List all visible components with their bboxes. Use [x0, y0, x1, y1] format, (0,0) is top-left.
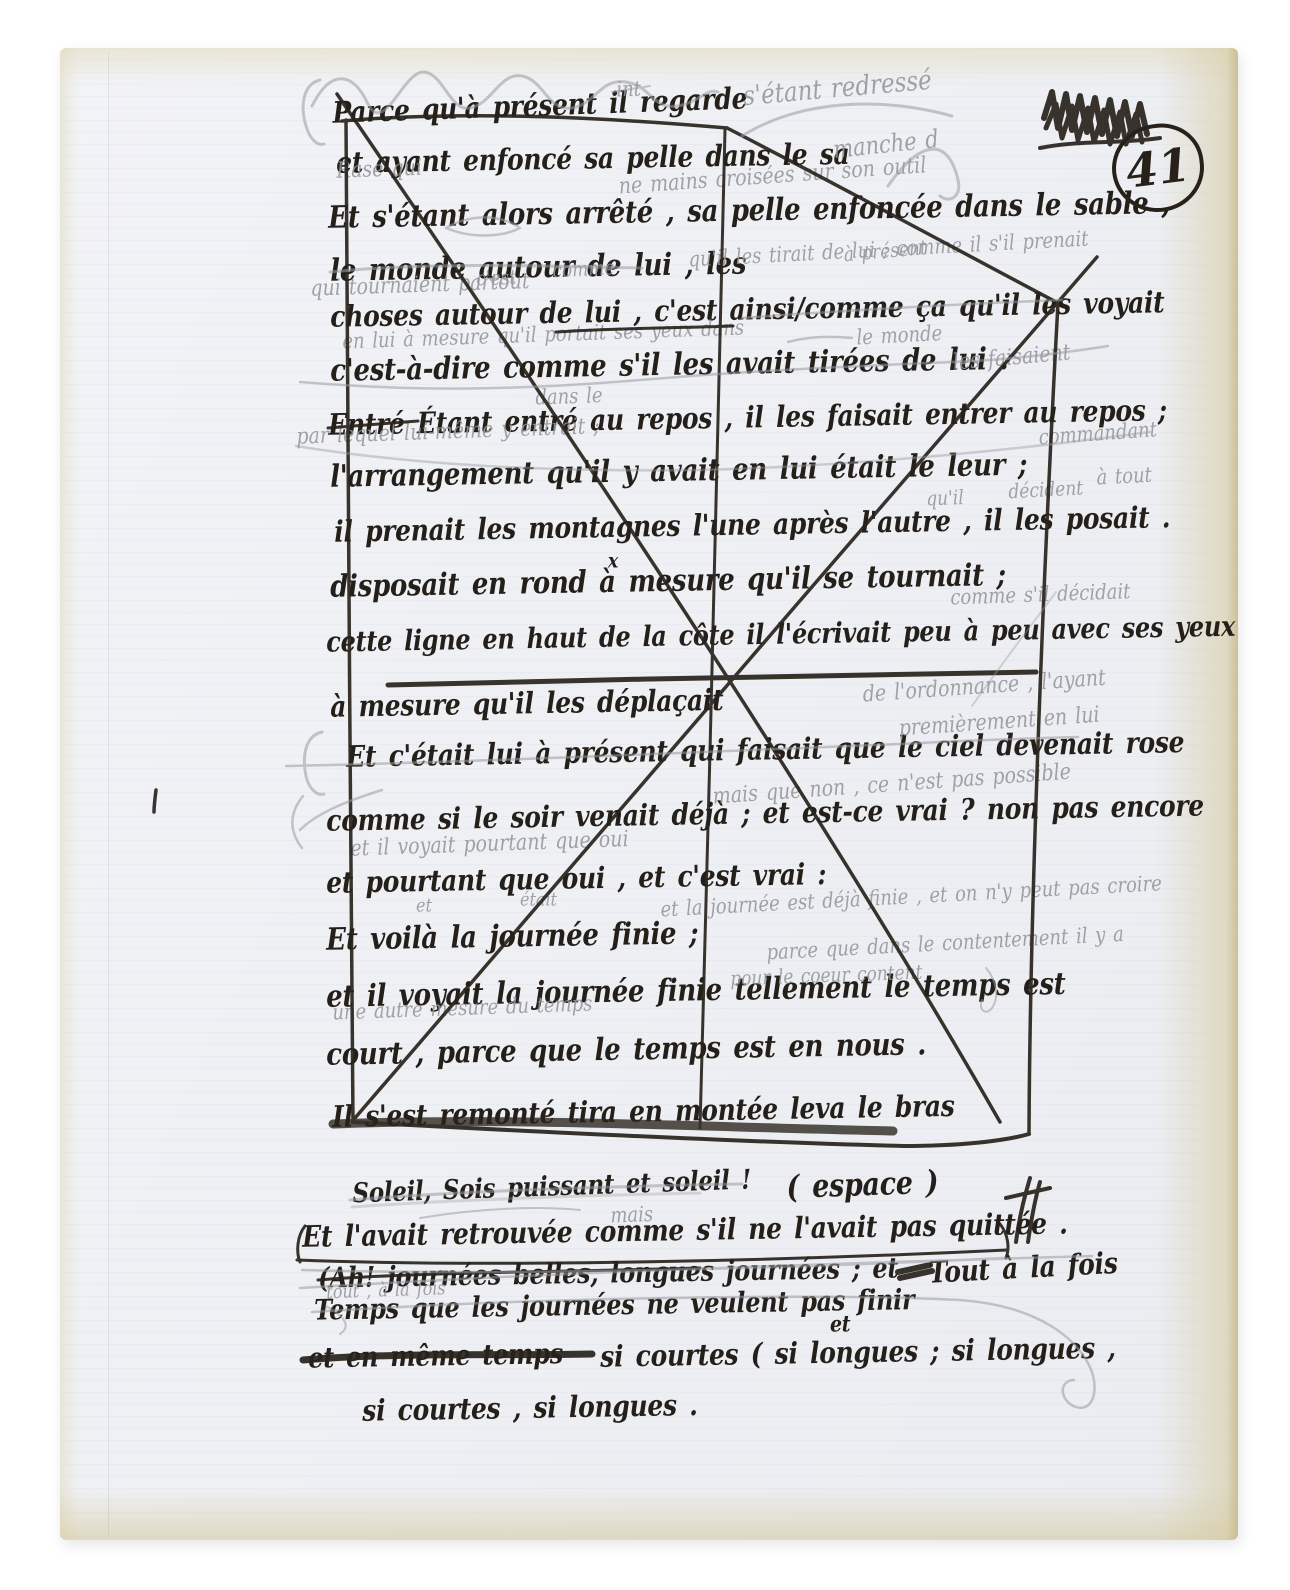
ink-line: ( espace ) — [786, 1167, 939, 1204]
pencil-note: int — [616, 79, 641, 101]
ink-line: si courtes ( si longues ; si longues , — [600, 1333, 1116, 1371]
pencil-note: Rase qui — [336, 157, 422, 182]
pencil-note: était — [520, 890, 557, 909]
ink-line: et pourtant que oui , et c'est vrai : — [326, 859, 827, 897]
pencil-note: mais — [610, 1205, 654, 1228]
pencil-note: décident — [1008, 479, 1084, 503]
manuscript-scan: Parce qu'à présent il regardeet ayant en… — [0, 0, 1290, 1590]
ink-line: et — [830, 1314, 850, 1336]
pencil-note: et — [416, 896, 432, 915]
pencil-note: à tout — [1096, 465, 1152, 489]
ink-line: Et voilà la journée finie ; — [326, 919, 699, 956]
pencil-note: le monde — [856, 324, 943, 350]
page-number-text: 41 — [1123, 137, 1193, 198]
ink-line: si courtes , si longues . — [362, 1390, 698, 1425]
pencil-note: c'est — [476, 269, 516, 290]
ink-line: et en même temps — [308, 1340, 563, 1373]
pencil-note: qu'il — [926, 489, 964, 510]
ink-line: à mesure qu'il les déplaçait — [330, 685, 724, 721]
pencil-note: tout , à la fois — [326, 1279, 446, 1302]
ink-line: x — [608, 552, 618, 572]
ruled-margin-line — [108, 52, 109, 1536]
pencil-note: comme — [552, 259, 615, 282]
pencil-note: dans le — [535, 386, 603, 410]
